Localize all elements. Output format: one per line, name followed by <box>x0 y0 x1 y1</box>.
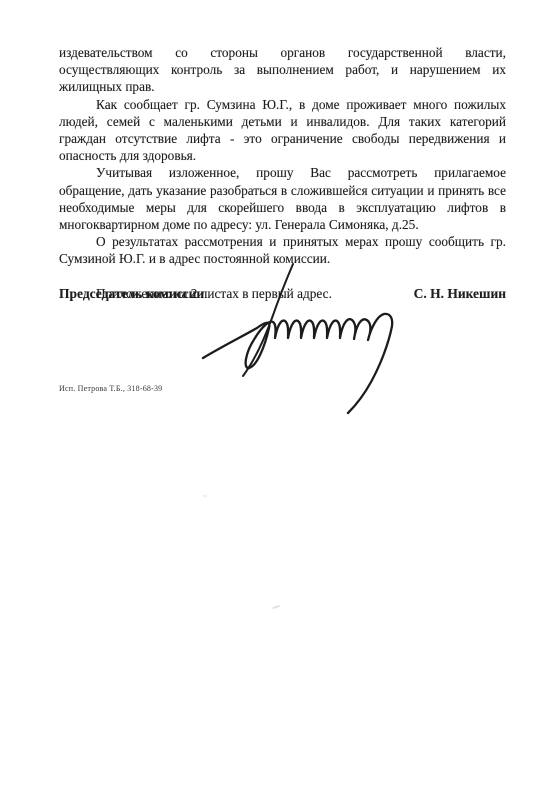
handwritten-signature-icon <box>185 258 445 418</box>
paragraph-continuation: издевательством со стороны органов госуд… <box>59 44 506 96</box>
executor-line: Исп. Петрова Т.Б., 318-68-39 <box>59 384 162 393</box>
scan-artifact <box>203 495 207 497</box>
scan-artifact <box>272 605 280 609</box>
paragraph: Как сообщает гр. Сумзина Ю.Г., в доме пр… <box>59 96 506 165</box>
paragraph: Учитывая изложенное, прошу Вас рассмотре… <box>59 164 506 233</box>
document-page: издевательством со стороны органов госуд… <box>0 0 542 787</box>
signer-position-title: Председатель комиссии <box>59 286 204 302</box>
